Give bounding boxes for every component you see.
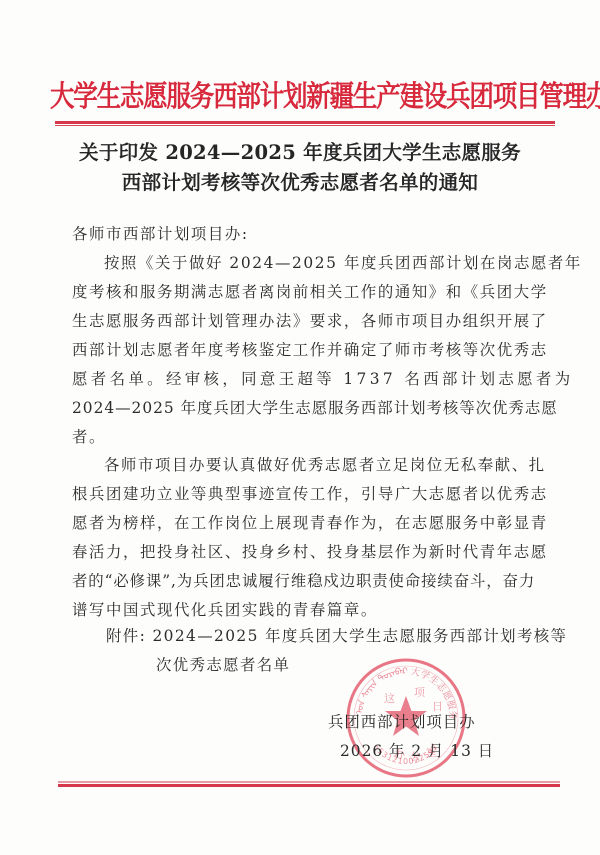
paragraph-line: 按照《关于做好 2024—2025 年度兵团西部计划在岗志愿者年: [72, 249, 534, 278]
paragraph-line: 者。: [72, 423, 534, 452]
org-header: 大学生志愿服务西部计划新疆生产建设兵团项目管理办公室: [50, 74, 550, 115]
paragraph-line: 根兵团建功立业等典型事迹宣传工作，引导广大志愿者以优秀志: [72, 480, 534, 509]
attachment-title: 2024—2025 年度兵团大学生志愿服务西部计划考核等: [152, 627, 567, 645]
paragraph-line: 愿者名单。经审核，同意王超等 1737 名西部计划志愿者为: [72, 365, 534, 394]
issuer-name: 兵团西部计划项目办: [328, 708, 494, 737]
paragraph-line: 者的“必修课”,为兵团忠诚履行维稳戍边职责使命接续奋斗，奋力: [72, 567, 534, 596]
paragraph-1: 按照《关于做好 2024—2025 年度兵团西部计划在岗志愿者年 度考核和服务期…: [72, 249, 534, 452]
header-divider-thin: [55, 125, 555, 126]
paragraph-line: 各师市项目办要认真做好优秀志愿者立足岗位无私奉献、扎: [72, 451, 534, 480]
paragraph-line: 西部计划志愿者年度考核鉴定工作并确定了师市考核等次优秀志: [72, 336, 534, 365]
document-title: 关于印发 2024—2025 年度兵团大学生志愿服务 西部计划考核等次优秀志愿者…: [60, 138, 540, 198]
title-line: 西部计划考核等次优秀志愿者名单的通知: [60, 168, 540, 198]
paragraph-line: 度考核和服务期满志愿者离岗前相关工作的通知》和《兵团大学: [72, 278, 534, 307]
paragraph-line: 谱写中国式现代化兵团实践的青春篇章。: [72, 596, 534, 625]
svg-text:这: 这: [384, 692, 395, 705]
document-page: 大学生志愿服务西部计划新疆生产建设兵团项目管理办公室 关于印发 2024—202…: [0, 0, 600, 855]
paragraph-2: 各师市项目办要认真做好优秀志愿者立足岗位无私奉献、扎 根兵团建功立业等典型事迹宣…: [72, 451, 534, 625]
paragraph-line: 愿者为榜样，在工作岗位上展现青春作为，在志愿服务中彰显青: [72, 509, 534, 538]
paragraph-line: 生志愿服务西部计划管理办法》要求，各师市项目办组织开展了: [72, 307, 534, 336]
header-divider-thick: [55, 121, 555, 124]
greeting: 各师市西部计划项目办:: [72, 220, 534, 249]
footer-divider-thin: [58, 781, 560, 783]
footer-divider-thick: [58, 784, 560, 787]
attachment-line-1: 附件: 2024—2025 年度兵团大学生志愿服务西部计划考核等: [106, 622, 567, 651]
signature-block: 兵团西部计划项目办 2026 年 2 月 13 日: [328, 708, 494, 766]
paragraph-line: 2024—2025 年度兵团大学生志愿服务西部计划考核等次优秀志愿: [72, 394, 534, 423]
greeting-text: 各师市西部计划项目办:: [72, 220, 534, 249]
title-line: 关于印发 2024—2025 年度兵团大学生志愿服务: [60, 138, 540, 168]
paragraph-line: 春活力，把投身社区、投身乡村、投身基层作为新时代青年志愿: [72, 538, 534, 567]
svg-text:项: 项: [414, 686, 426, 699]
issue-date: 2026 年 2 月 13 日: [328, 737, 494, 766]
attachment-label: 附件:: [106, 622, 146, 651]
attachment-line-2: 次优秀志愿者名单: [106, 651, 567, 680]
attachment-note: 附件: 2024—2025 年度兵团大学生志愿服务西部计划考核等 次优秀志愿者名…: [106, 622, 567, 680]
